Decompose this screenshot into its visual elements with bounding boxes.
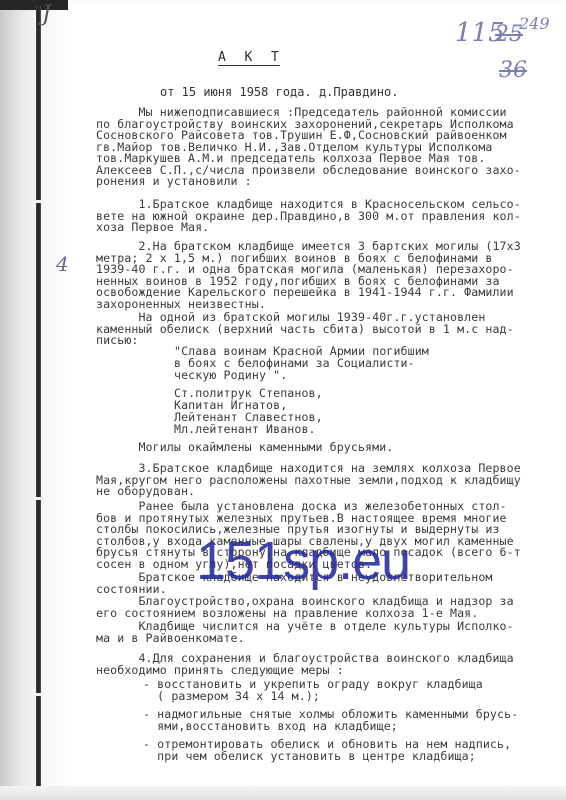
measure-item: - восстановить и укрепить ограду вокруг …: [143, 679, 483, 702]
sheet-number-crossed: 36: [499, 58, 527, 83]
measure-item: - надмогильные снятые холмы обложить кам…: [143, 709, 518, 732]
page-bottom-edge: [0, 786, 566, 800]
scan-shadow: [0, 0, 68, 10]
sheet-number-new: 249: [519, 14, 550, 33]
document-title: А К Т: [218, 50, 280, 65]
inscription-line: ческую Родину ".: [174, 370, 287, 382]
paragraph-location: 1.Братское кладбище находится в Красносе…: [96, 199, 521, 234]
binding-staple: [36, 200, 44, 203]
measure-item: - отремонтировать обелиск и обновить на …: [143, 739, 511, 762]
binding-spine: [36, 6, 41, 800]
archive-sheet-numbers: 115 25 249 36: [455, 14, 555, 94]
paragraph-graves: 2.На братском кладбище имеется 3 бартски…: [96, 241, 521, 310]
document-page: J 4 115 25 249 36 А К Т от 15 июня 1958 …: [0, 0, 566, 800]
name-line: Мл.лейтенант Иванов.: [174, 424, 316, 436]
watermark: 151sp.eu: [196, 530, 410, 592]
binding-staple: [36, 497, 44, 500]
paragraph-borders: Могилы окаймлены каменными брусьями.: [96, 442, 393, 454]
document-date-place: от 15 июня 1958 года. д.Правдино.: [160, 85, 398, 99]
paragraph-commission: Мы нижеподписавшиеся :Председатель район…: [96, 107, 521, 188]
binding-staple: [36, 693, 44, 696]
paragraph-measures-intro: 4.Для сохранения и благоустройства воинс…: [96, 653, 514, 676]
paragraph-cemetery-land: 3.Братское кладбище находится на землях …: [96, 463, 521, 498]
paragraph-registration: Кладбище числится на учёте в отделе куль…: [96, 621, 514, 644]
page-top-edge: [0, 0, 566, 8]
handwritten-margin-number: 4: [56, 252, 69, 276]
handwritten-spine-mark: J: [42, 2, 51, 27]
paragraph-responsibility: Благоустройство,охрана воинского кладбищ…: [96, 596, 514, 619]
paragraph-obelisk: На одной из братской могилы 1939-40г.г.у…: [96, 312, 514, 347]
